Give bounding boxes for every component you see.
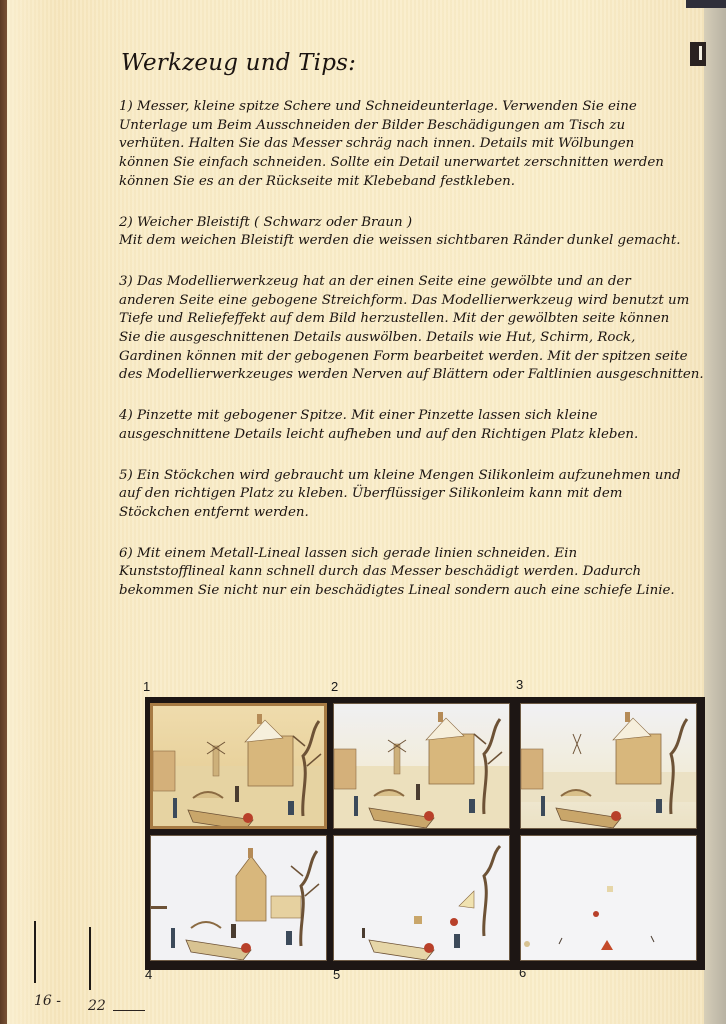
paragraph-line: 4) Pinzette mit gebogener Spitze. Mit ei… xyxy=(119,407,709,426)
paragraph-line: können Sie einfach schneiden. Sollte ein… xyxy=(119,154,709,173)
paragraph-line: anderen Seite eine gebogene Streichform.… xyxy=(119,292,709,311)
paragraph-line: ausgeschnittene Details leicht aufheben … xyxy=(119,426,709,445)
margin-cut-mark-right xyxy=(89,927,91,990)
tip-paragraph-4: 4) Pinzette mit gebogener Spitze. Mit ei… xyxy=(119,407,709,444)
folio-rule xyxy=(113,1010,145,1011)
figure-panel-6 xyxy=(520,835,697,961)
paragraph-line: Gardinen können mit der gebogenen Form b… xyxy=(119,348,709,367)
paragraph-line: Sie die ausgeschnittenen Details auswölb… xyxy=(119,329,709,348)
paragraph-line: Stöckchen entfernt werden. xyxy=(119,504,709,523)
figure-panel-3 xyxy=(520,703,697,829)
margin-cut-mark-left xyxy=(34,921,36,983)
paragraph-line: Unterlage um Beim Ausschneiden der Bilde… xyxy=(119,117,709,136)
paragraph-line: 6) Mit einem Metall-Lineal lassen sich g… xyxy=(119,545,709,564)
figure-panel-2 xyxy=(333,703,510,829)
page-edge-highlight xyxy=(7,0,57,1024)
figure-panel-1 xyxy=(150,703,327,829)
book-spine-edge xyxy=(0,0,7,1024)
tip-paragraph-6: 6) Mit einem Metall-Lineal lassen sich g… xyxy=(119,545,709,601)
scene-partially-cut-illustration xyxy=(521,704,697,829)
page-content: Werkzeug und Tips: 1) Messer, kleine spi… xyxy=(119,48,709,623)
paragraph-line: bekommen Sie nicht nur ein beschädigtes … xyxy=(119,582,709,601)
tip-paragraph-1: 1) Messer, kleine spitze Schere und Schn… xyxy=(119,98,709,192)
scene-sky-removed-illustration xyxy=(334,704,510,829)
page-number-right: 22 xyxy=(88,998,106,1014)
tree-boat-layer-illustration xyxy=(334,836,510,961)
paragraph-line: auf den richtigen Platz zu kleben. Überf… xyxy=(119,485,709,504)
figure-label-3: 3 xyxy=(516,677,523,692)
paragraph-line: Kunststofflineal kann schnell durch das … xyxy=(119,563,709,582)
winter-scene-illustration xyxy=(153,706,327,829)
small-details-layer-illustration xyxy=(521,836,697,961)
paragraph-line: 5) Ein Stöckchen wird gebraucht um klein… xyxy=(119,467,709,486)
paragraph-line: des Modellierwerkzeuges werden Nerven au… xyxy=(119,366,709,385)
paragraph-line: 3) Das Modellierwerkzeug hat an der eine… xyxy=(119,273,709,292)
tip-paragraph-5: 5) Ein Stöckchen wird gebraucht um klein… xyxy=(119,467,709,523)
page-title: Werkzeug und Tips: xyxy=(121,48,709,78)
figure-panel-4 xyxy=(150,835,327,961)
paragraph-line: Mit dem weichen Bleistift werden die wei… xyxy=(119,232,709,251)
gutter-top-dark xyxy=(686,0,726,8)
step-figure-frame xyxy=(145,697,705,970)
figure-label-2: 2 xyxy=(331,679,338,694)
paragraph-line: 1) Messer, kleine spitze Schere und Schn… xyxy=(119,98,709,117)
figure-panel-5 xyxy=(333,835,510,961)
tip-paragraph-2: 2) Weicher Bleistift ( Schwarz oder Brau… xyxy=(119,214,709,251)
figure-label-1: 1 xyxy=(143,679,150,694)
paragraph-line: verhüten. Halten Sie das Messer schräg n… xyxy=(119,135,709,154)
house-tree-layer-illustration xyxy=(151,836,327,961)
paragraph-line: 2) Weicher Bleistift ( Schwarz oder Brau… xyxy=(119,214,709,233)
book-page: Werkzeug und Tips: 1) Messer, kleine spi… xyxy=(0,0,726,1024)
paragraph-line: Tiefe und Reliefeffekt auf dem Bild herz… xyxy=(119,310,709,329)
page-number-left: 16 - xyxy=(34,993,61,1009)
tip-paragraph-3: 3) Das Modellierwerkzeug hat an der eine… xyxy=(119,273,709,385)
paragraph-line: können Sie es an der Rückseite mit Klebe… xyxy=(119,173,709,192)
